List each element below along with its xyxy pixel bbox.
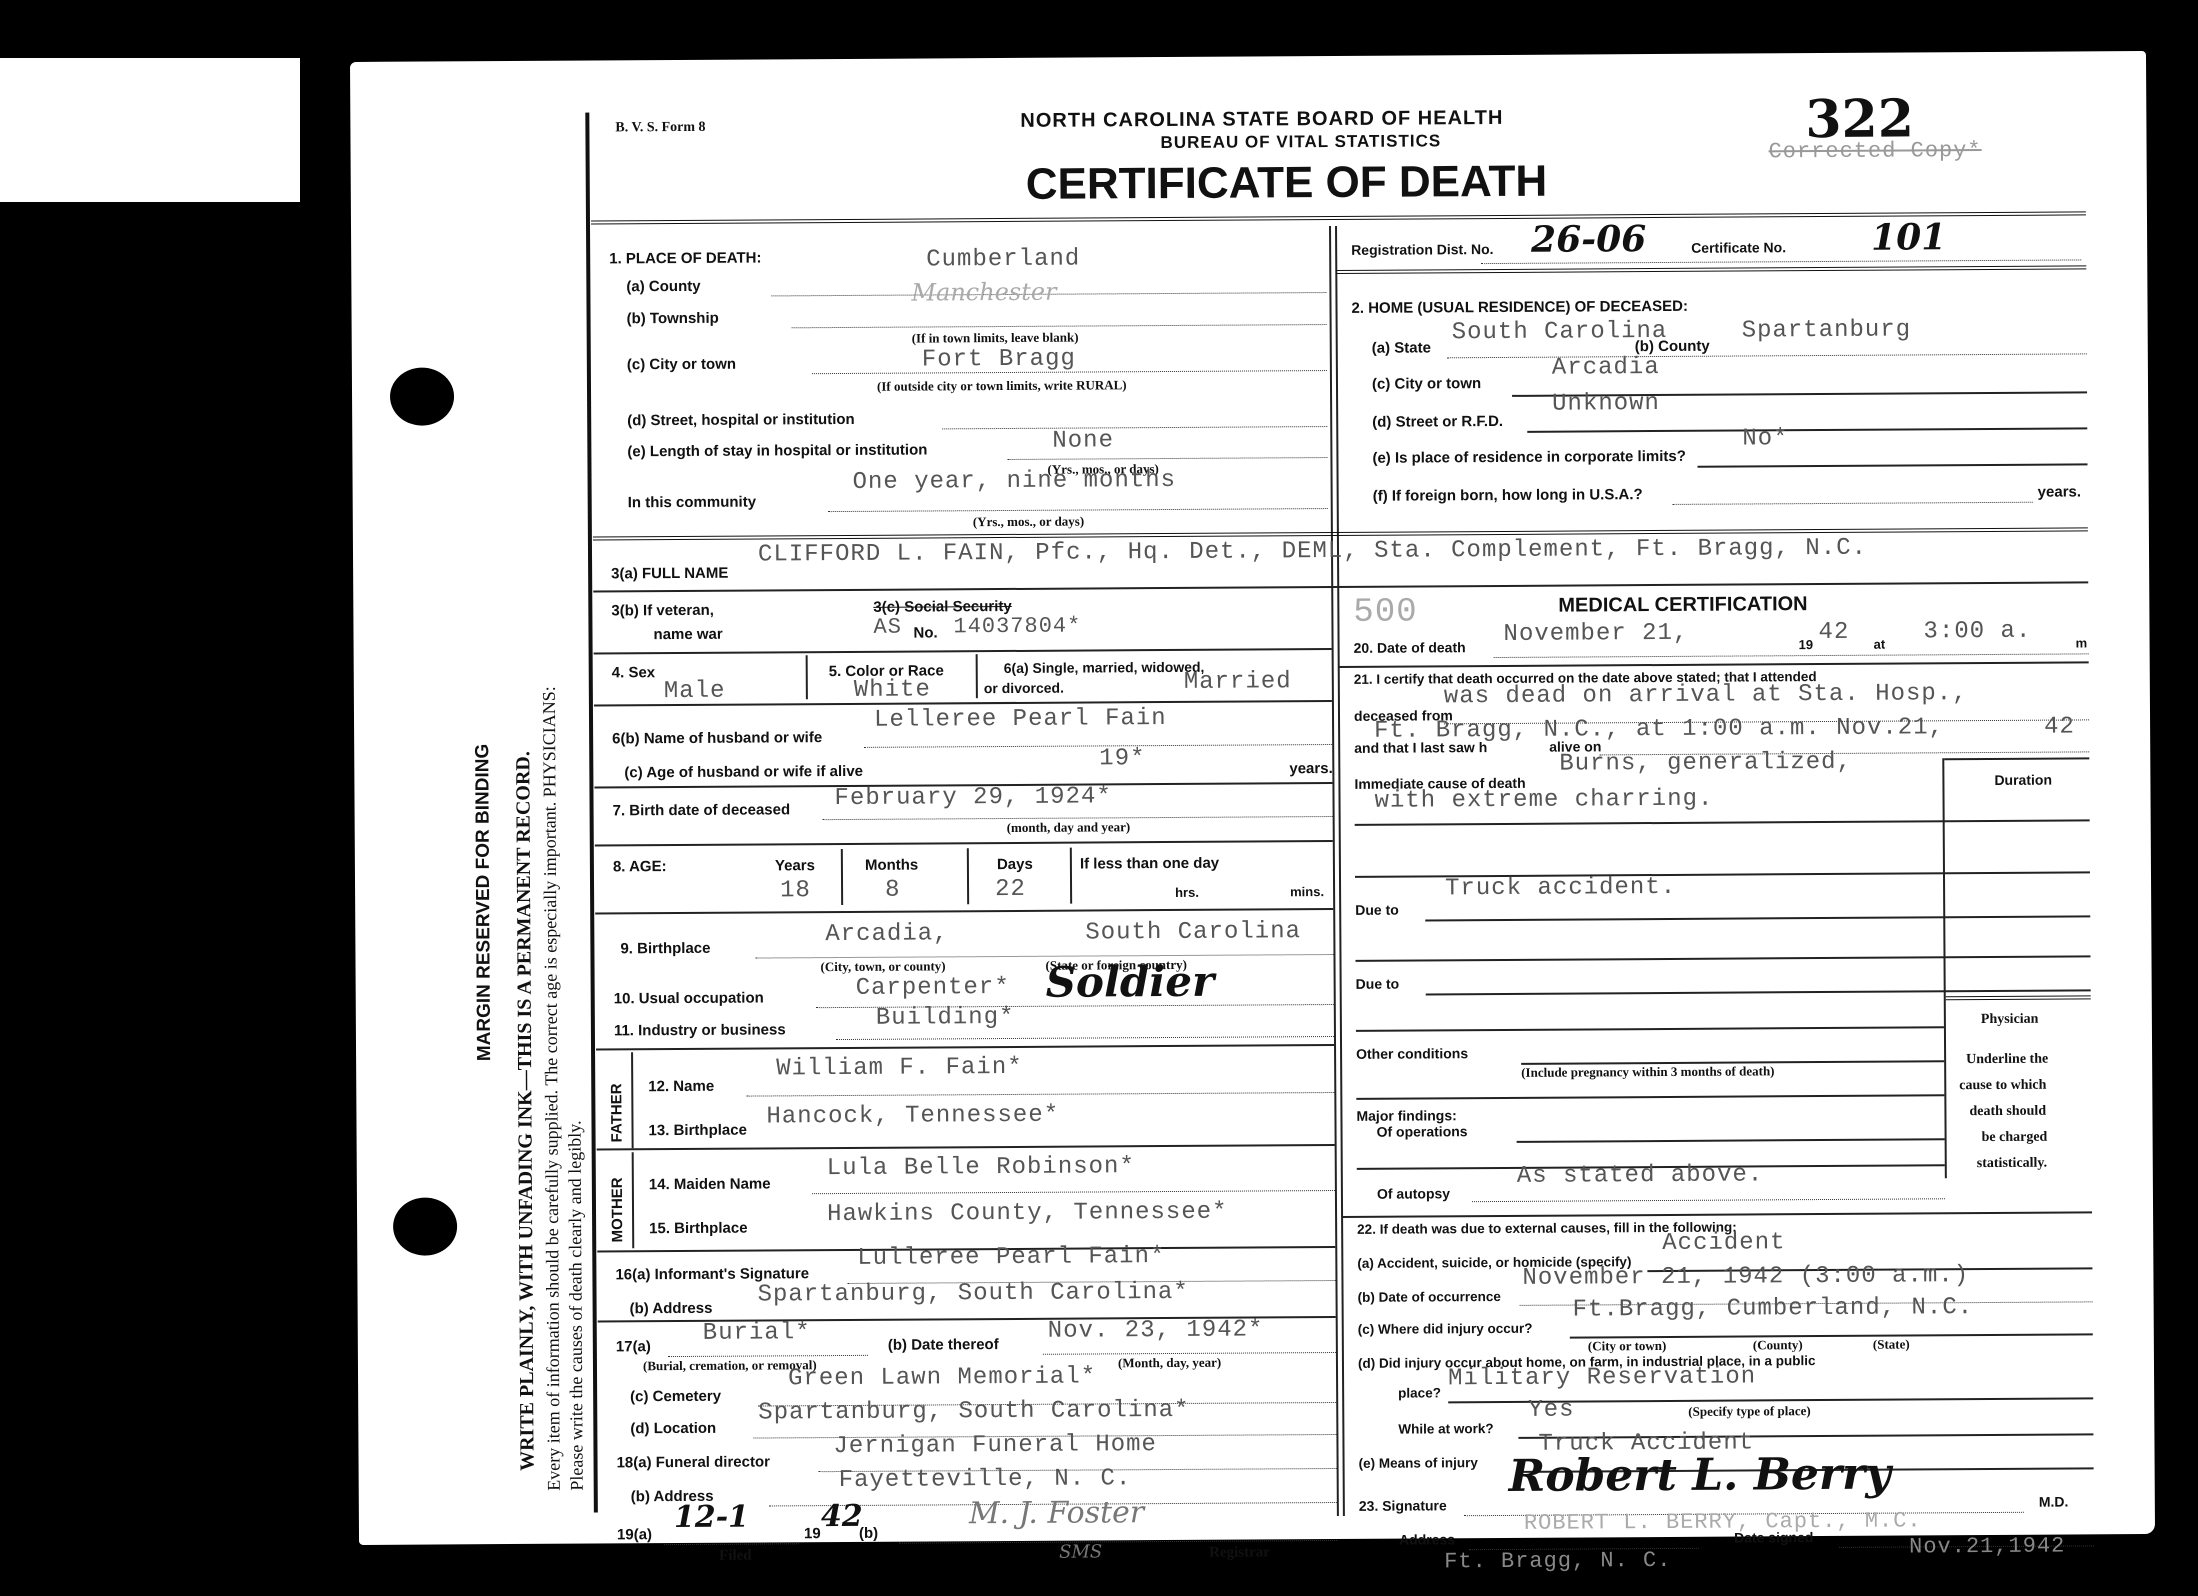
- home-street-label: (d) Street or R.F.D.: [1372, 413, 1503, 431]
- filed-year-value: 42: [821, 1499, 863, 1534]
- sex-value: Male: [664, 678, 726, 705]
- location-value: Spartanburg, South Carolina*: [758, 1397, 1189, 1427]
- informant-address-value: Spartanburg, South Carolina*: [757, 1279, 1188, 1309]
- physician-note-4: be charged: [1982, 1130, 2048, 1146]
- age-days-value: 22: [995, 876, 1026, 903]
- due-to-value: Truck accident.: [1445, 874, 1676, 902]
- margin-binding-note: MARGIN RESERVED FOR BINDING: [472, 744, 496, 1062]
- industry-label: 11. Industry or business: [614, 1021, 786, 1039]
- cemetery-value: Green Lawn Memorial*: [788, 1363, 1096, 1392]
- location-label: (d) Location: [630, 1420, 716, 1438]
- physician-signature: Robert L. Berry: [1509, 1449, 1891, 1502]
- occupation-handwritten-value: Soldier: [1045, 957, 1214, 1007]
- disposition-label: 17(a): [616, 1338, 651, 1355]
- death-year-prefix: 19: [1799, 637, 1814, 652]
- age-days-label: Days: [997, 856, 1033, 873]
- home-state-label: (a) State: [1372, 339, 1431, 356]
- occupation-value: Carpenter*: [856, 974, 1010, 1002]
- spouse-name-label: 6(b) Name of husband or wife: [612, 729, 822, 747]
- registrar-initials: SMS: [1059, 1541, 1102, 1562]
- autopsy-value: As stated above.: [1517, 1161, 1764, 1190]
- city-label: (c) City or town: [627, 356, 736, 374]
- spouse-age-value: 19*: [1099, 745, 1145, 772]
- foreign-born-label: (f) If foreign born, how long in U.S.A.?: [1373, 486, 1643, 505]
- home-county-label: (b) County: [1635, 338, 1710, 355]
- age-hrs-label: hrs.: [1175, 885, 1199, 900]
- corporate-limits-value: No*: [1742, 425, 1788, 452]
- spouse-age-suffix: years.: [1289, 760, 1332, 777]
- margin-write-plainly: WRITE PLAINLY, WITH UNFADING INK—THIS IS…: [512, 751, 539, 1471]
- foreign-born-suffix: years.: [2038, 483, 2081, 500]
- industry-value: Building*: [876, 1004, 1015, 1032]
- birthplace-label: 9. Birthplace: [620, 940, 710, 958]
- immediate-cause-value-2: with extreme charring.: [1374, 786, 1713, 815]
- father-side-label: FATHER: [608, 1083, 625, 1142]
- medical-heading: MEDICAL CERTIFICATION: [1558, 593, 1807, 618]
- center-divider: [1329, 226, 1345, 1516]
- county-value: Cumberland: [926, 246, 1080, 274]
- punch-hole-icon: [390, 367, 454, 425]
- community-value: One year, nine months: [852, 467, 1176, 496]
- marital-value: Married: [1184, 668, 1292, 696]
- signature-label: 23. Signature: [1359, 1497, 1447, 1514]
- funeral-director-label: 18(a) Funeral director: [617, 1453, 770, 1471]
- last-saw-year: 42: [2044, 713, 2075, 740]
- injury-where-city-hint: (City or town): [1588, 1338, 1667, 1354]
- community-label: In this community: [628, 494, 756, 512]
- stay-value: None: [1052, 427, 1114, 454]
- injury-means-label: (e) Means of injury: [1359, 1455, 1478, 1471]
- injury-place-label-2: place?: [1398, 1385, 1441, 1400]
- other-conditions-hint: (Include pregnancy within 3 months of de…: [1521, 1063, 1774, 1081]
- last-saw-value: Ft. Bragg, N.C., at 1:00 a.m. Nov.21,: [1374, 714, 1944, 744]
- mother-birthplace-value: Hawkins County, Tennessee*: [827, 1199, 1228, 1228]
- funeral-address-value: Fayetteville, N. C.: [839, 1465, 1132, 1494]
- age-label: 8. AGE:: [613, 858, 667, 875]
- operations-label: Of operations: [1377, 1123, 1468, 1140]
- funeral-director-value: Jernigan Funeral Home: [833, 1431, 1157, 1460]
- cemetery-label: (c) Cemetery: [630, 1388, 721, 1406]
- birthplace-city-value: Arcadia,: [825, 920, 948, 948]
- filing-label: 19(a): [617, 1526, 652, 1543]
- death-date-label: 20. Date of death: [1354, 639, 1466, 656]
- injury-place-value: Military Reservation: [1448, 1363, 1756, 1392]
- birth-date-value: February 29, 1924*: [834, 783, 1111, 812]
- physician-typed-name: ROBERT L. BERRY, Capt., M.C.: [1524, 1508, 1922, 1535]
- birth-date-label: 7. Birth date of deceased: [613, 801, 791, 819]
- form-number: B. V. S. Form 8: [615, 120, 705, 137]
- township-value: Manchester: [911, 278, 1056, 307]
- age-years-value: 18: [780, 877, 811, 904]
- age-years-label: Years: [775, 857, 815, 874]
- header-rule: [591, 211, 2086, 224]
- full-name-value: CLIFFORD L. FAIN, Pfc., Hq. Det., DEML, …: [758, 535, 1867, 569]
- home-county-value: Spartanburg: [1742, 316, 1912, 344]
- immediate-cause-value: Burns, generalized,: [1559, 749, 1852, 778]
- punch-hole-icon: [393, 1197, 457, 1255]
- registrar-label: Registrar: [1209, 1544, 1270, 1561]
- age-less-than-day-label: If less than one day: [1080, 855, 1219, 873]
- veteran-war-label: name war: [653, 626, 722, 643]
- death-at-label: at: [1874, 637, 1886, 652]
- duration-label: Duration: [1994, 772, 2052, 788]
- county-label: (a) County: [626, 278, 700, 295]
- md-label: M.D.: [2039, 1494, 2069, 1510]
- occurrence-date-value: November 21, 1942 (3:00 a.m.): [1522, 1262, 1969, 1292]
- filed-date-value: 12-1: [674, 1500, 749, 1535]
- mother-birthplace-label: 15. Birthplace: [649, 1220, 747, 1238]
- place-of-death-heading: 1. PLACE OF DEATH:: [609, 249, 761, 267]
- mother-maiden-label: 14. Maiden Name: [649, 1175, 771, 1193]
- physician-address-value: Ft. Bragg, N. C.: [1444, 1548, 1671, 1574]
- injury-place-hint: (Specify type of place): [1688, 1403, 1810, 1420]
- ss-number-label: No.: [913, 624, 937, 641]
- filing-b-label: (b): [859, 1525, 878, 1542]
- filed-hint: Filed: [719, 1548, 752, 1565]
- physician-note-5: statistically.: [1977, 1156, 2047, 1172]
- injury-where-county-hint: (County): [1753, 1337, 1803, 1353]
- birth-date-hint: (month, day and year): [1007, 819, 1131, 836]
- corrected-copy-stamp: Corrected Copy*: [1768, 138, 1981, 164]
- disposition-date-value: Nov. 23, 1942*: [1048, 1316, 1264, 1344]
- home-city-value: Arcadia: [1552, 354, 1660, 382]
- occupation-label: 10. Usual occupation: [614, 989, 764, 1007]
- external-type-value: Accident: [1662, 1229, 1785, 1257]
- disposition-date-hint: (Month, day, year): [1118, 1355, 1221, 1372]
- registration-dist-value: 26-06: [1531, 218, 1646, 261]
- page-title: CERTIFICATE OF DEATH: [1026, 157, 1548, 210]
- father-name-label: 12. Name: [648, 1078, 714, 1095]
- due-to-label: Due to: [1355, 902, 1399, 918]
- death-certificate: MARGIN RESERVED FOR BINDING WRITE PLAINL…: [350, 51, 2155, 1545]
- marital-label: 6(a) Single, married, widowed,: [1004, 659, 1205, 676]
- margin-please-write: Please write the causes of death clearly…: [564, 1120, 587, 1490]
- stay-label: (e) Length of stay in hospital or instit…: [627, 441, 927, 460]
- mother-maiden-value: Lula Belle Robinson*: [827, 1153, 1135, 1182]
- race-value: White: [854, 676, 931, 703]
- death-time-value: 3:00 a.: [1923, 618, 2031, 646]
- date-signed-label: Date signed: [1734, 1529, 1813, 1545]
- spouse-name-value: Lelleree Pearl Fain: [874, 705, 1167, 734]
- father-birthplace-value: Hancock, Tennessee*: [766, 1102, 1059, 1131]
- margin-every-item: Every item of information should be care…: [539, 686, 565, 1491]
- physician-note-3: death should: [1969, 1104, 2046, 1120]
- city-hint: (If outside city or town limits, write R…: [877, 377, 1127, 395]
- death-time-suffix: m: [2076, 635, 2088, 650]
- mother-side-label: MOTHER: [609, 1177, 626, 1242]
- disposition-date-label: (b) Date thereof: [888, 1336, 999, 1354]
- certificate-no-value: 101: [1871, 216, 1946, 258]
- bureau-name: BUREAU OF VITAL STATISTICS: [1160, 131, 1441, 153]
- birthplace-city-hint: (City, town, or county): [820, 958, 945, 975]
- margin-rule: [585, 113, 598, 1513]
- certificate-no-label: Certificate No.: [1691, 239, 1786, 256]
- injury-where-state-hint: (State): [1873, 1336, 1910, 1352]
- father-name-value: William F. Fain*: [776, 1054, 1023, 1083]
- home-heading: 2. HOME (USUAL RESIDENCE) OF DECEASED:: [1351, 298, 1688, 317]
- marital-label-2: or divorced.: [984, 680, 1064, 696]
- age-months-label: Months: [865, 857, 918, 874]
- ss-number-value: 14037804*: [953, 614, 1081, 640]
- township-label: (b) Township: [627, 310, 719, 328]
- registration-dist-label: Registration Dist. No.: [1351, 241, 1493, 258]
- autopsy-label: Of autopsy: [1377, 1185, 1450, 1201]
- street-label: (d) Street, hospital or institution: [627, 411, 855, 429]
- veteran-label: 3(b) If veteran,: [611, 602, 714, 620]
- home-city-label: (c) City or town: [1372, 375, 1481, 393]
- age-mins-label: mins.: [1290, 884, 1324, 899]
- city-value: Fort Bragg: [922, 346, 1076, 374]
- township-hint: (If in town limits, leave blank): [912, 330, 1079, 347]
- injury-where-label: (c) Where did injury occur?: [1358, 1321, 1533, 1337]
- occurrence-date-label: (b) Date of occurrence: [1358, 1289, 1501, 1305]
- due-to-2-label: Due to: [1356, 976, 1400, 992]
- birthplace-state-value: South Carolina: [1085, 918, 1301, 946]
- corporate-limits-label: (e) Is place of residence in corporate l…: [1372, 448, 1686, 467]
- informant-signature-value: Lulleree Pearl Fain*: [857, 1243, 1165, 1272]
- physician-note-2: cause to which: [1959, 1078, 2046, 1095]
- deceased-from-value: was dead on arrival at Sta. Hosp.,: [1444, 680, 1968, 710]
- father-birthplace-label: 13. Birthplace: [648, 1122, 746, 1140]
- filed-year-prefix: 19: [804, 1525, 821, 1542]
- physician-heading: Physician: [1981, 1012, 2039, 1028]
- full-name-label: 3(a) FULL NAME: [611, 565, 728, 583]
- sex-label: 4. Sex: [612, 664, 655, 681]
- age-months-value: 8: [885, 877, 901, 904]
- injury-where-value: Ft.Bragg, Cumberland, N.C.: [1573, 1294, 1974, 1323]
- death-year-value: 42: [1818, 619, 1849, 646]
- disposition-value: Burial*: [703, 1319, 811, 1347]
- board-name: NORTH CAROLINA STATE BOARD OF HEALTH: [1020, 107, 1503, 133]
- ss-prefix: AS: [873, 615, 902, 640]
- at-work-value: Yes: [1528, 1397, 1574, 1424]
- home-street-value: Unknown: [1552, 390, 1660, 418]
- community-hint: (Yrs., mos., or days): [973, 514, 1084, 531]
- major-findings-label: Major findings:: [1356, 1107, 1456, 1124]
- physician-address-label: Address: [1399, 1531, 1455, 1547]
- other-conditions-label: Other conditions: [1356, 1045, 1468, 1062]
- death-date-value: November 21,: [1503, 620, 1688, 648]
- stamp-number: 500: [1353, 593, 1417, 631]
- date-signed-value: Nov.21,1942: [1909, 1534, 2065, 1560]
- informant-address-label: (b) Address: [630, 1300, 713, 1318]
- physician-note-1: Underline the: [1966, 1052, 2048, 1069]
- registrar-signature: M. J. Foster: [969, 1495, 1145, 1531]
- at-work-label: While at work?: [1398, 1421, 1493, 1437]
- spouse-age-label: (c) Age of husband or wife if alive: [624, 763, 863, 781]
- white-strip: [0, 58, 300, 202]
